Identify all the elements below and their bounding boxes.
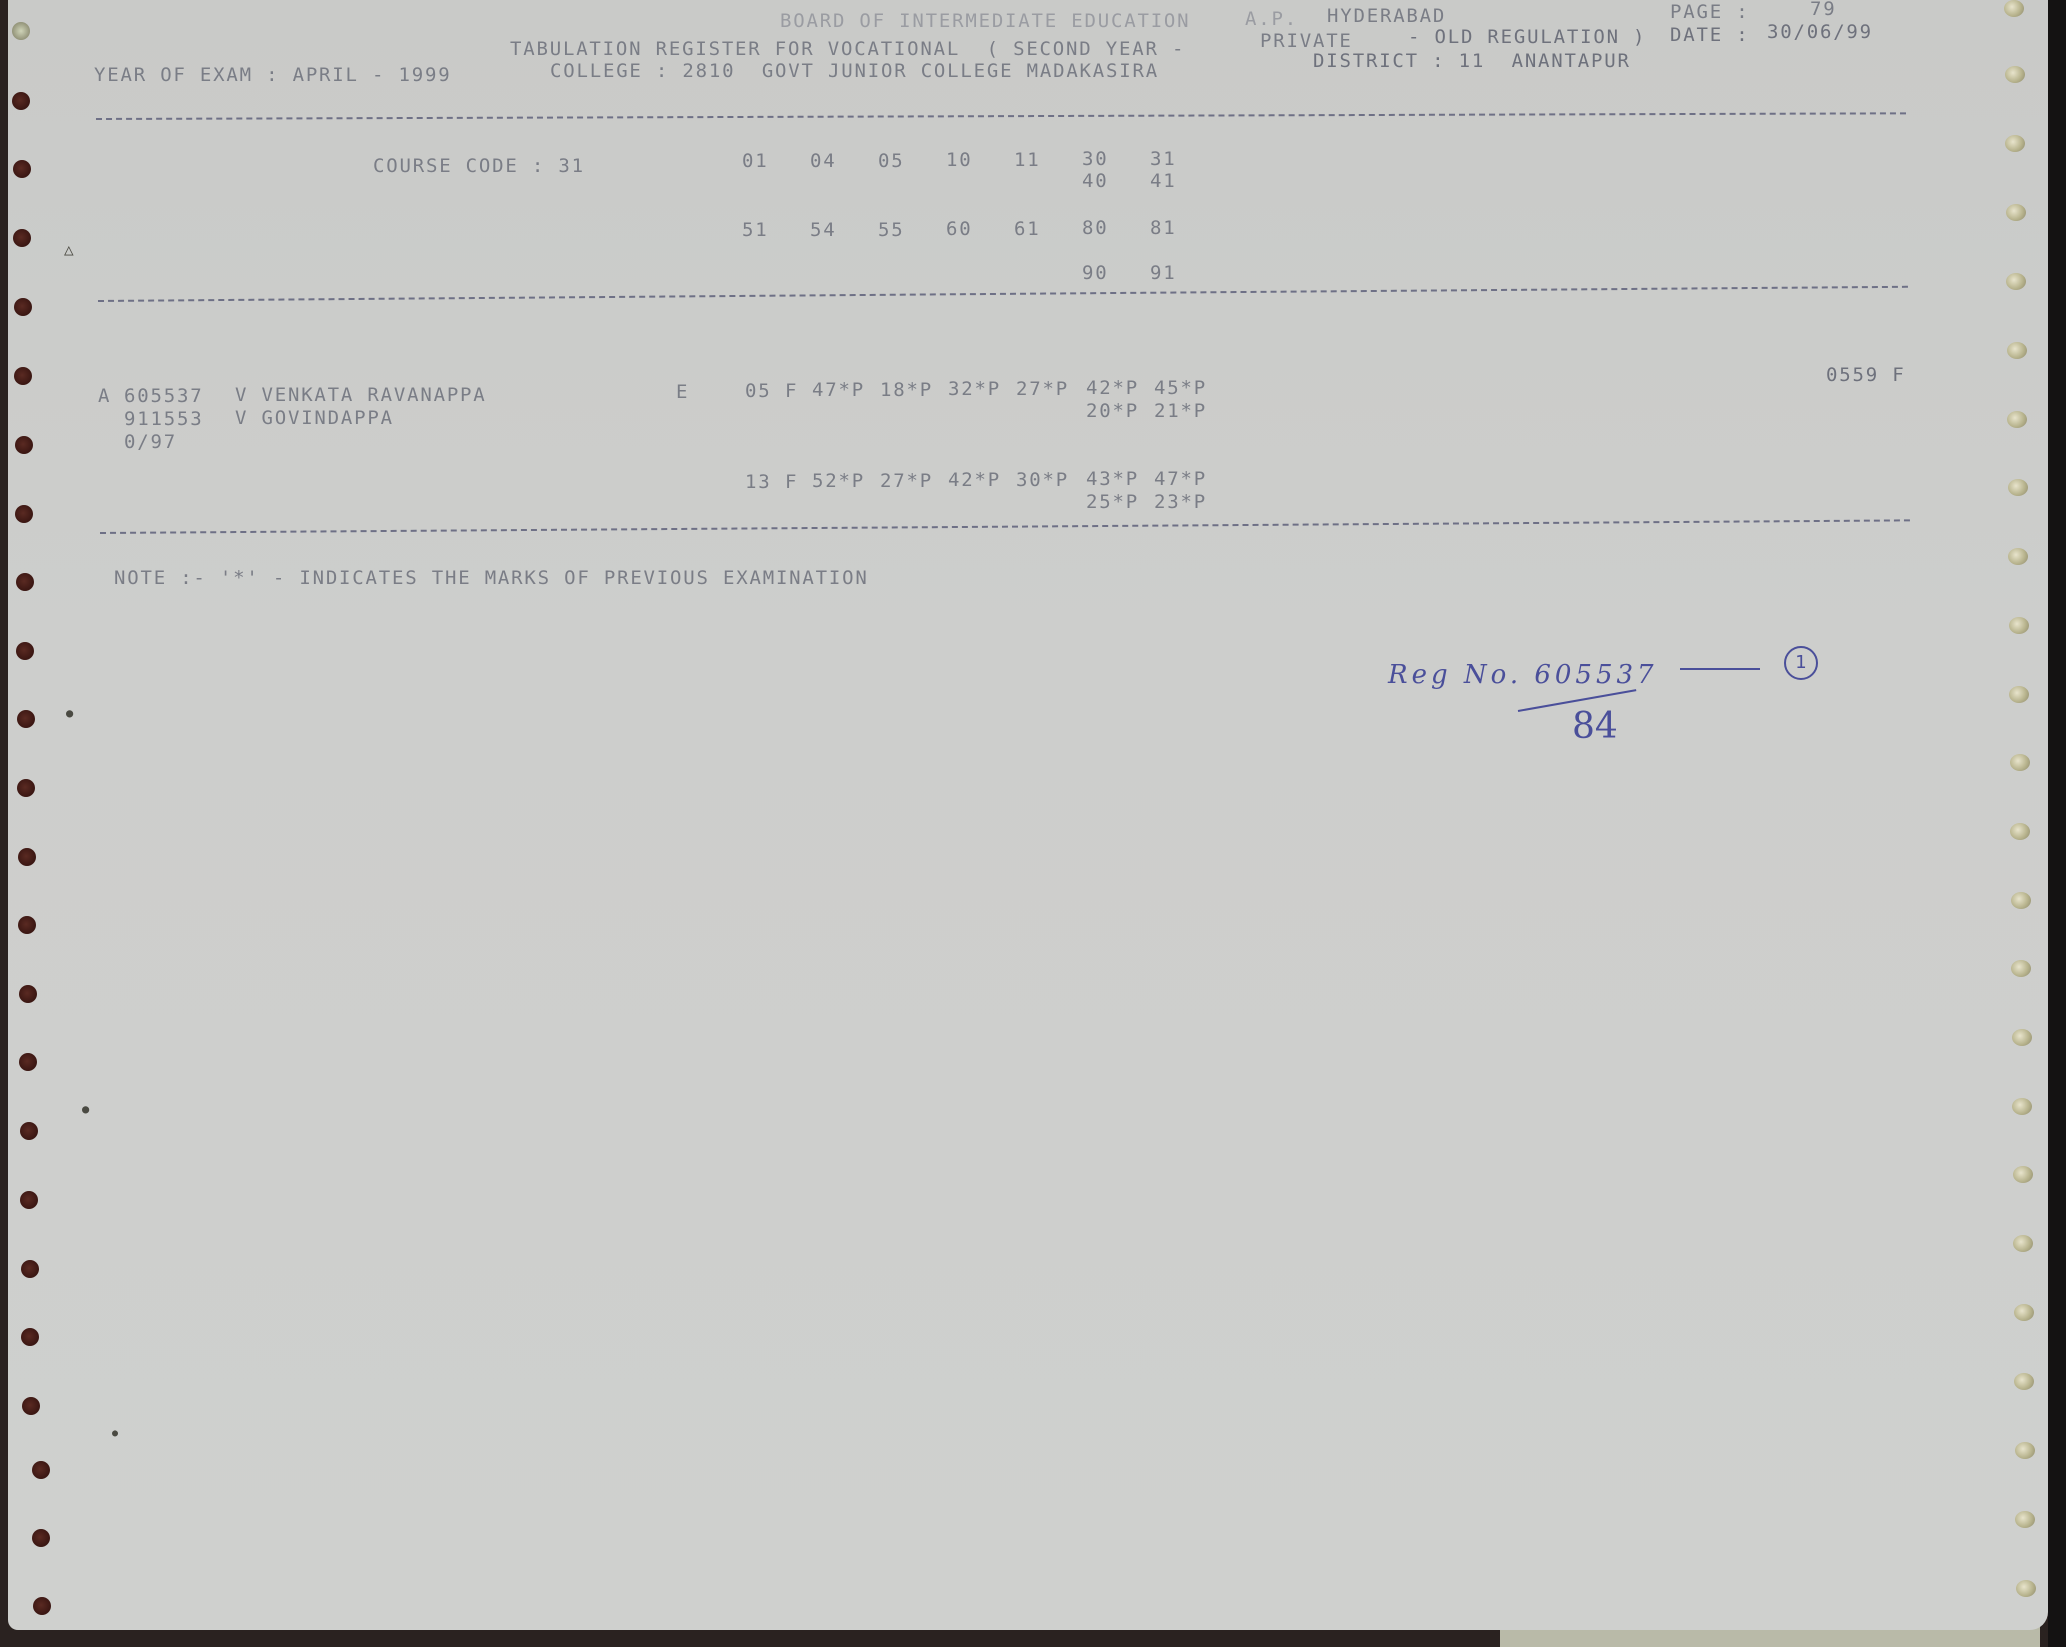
subject-code: 91 xyxy=(1150,262,1176,284)
subject-code: 81 xyxy=(1150,217,1176,239)
feed-hole xyxy=(33,1597,51,1615)
college-name: COLLEGE : 2810 GOVT JUNIOR COLLEGE MADAK… xyxy=(550,60,1159,82)
feed-hole xyxy=(2008,548,2028,565)
feed-hole xyxy=(17,710,35,728)
feed-hole xyxy=(16,642,34,660)
page-number: 79 xyxy=(1810,0,1836,20)
subject-code: 41 xyxy=(1150,170,1176,192)
feed-hole xyxy=(2013,1166,2033,1183)
subject-mark: 47*P xyxy=(1154,468,1207,490)
regulation: - OLD REGULATION ) xyxy=(1408,26,1646,48)
feed-hole xyxy=(15,436,33,454)
old-reg-no: 911553 xyxy=(124,408,203,430)
subject-code: 51 xyxy=(742,219,768,241)
handwritten-count: 84 xyxy=(1572,706,1618,747)
background-edge xyxy=(2048,0,2066,1647)
subject-mark: 32*P xyxy=(948,378,1001,400)
feed-hole xyxy=(20,1191,38,1209)
feed-hole xyxy=(2009,686,2029,703)
board-name: BOARD OF INTERMEDIATE EDUCATION xyxy=(780,10,1190,32)
previous-exam: 0/97 xyxy=(124,431,177,453)
subject-code: 31 xyxy=(1150,148,1176,170)
feed-hole xyxy=(2008,479,2028,496)
feed-hole xyxy=(21,1328,39,1346)
feed-hole xyxy=(2004,0,2024,17)
exam-code: 13 xyxy=(745,471,771,493)
feed-hole xyxy=(19,985,37,1003)
subject-mark: 27*P xyxy=(1016,378,1069,400)
subject-mark: 42*P xyxy=(1086,377,1139,399)
subject-mark: 18*P xyxy=(880,379,933,401)
state-name: A.P. xyxy=(1245,8,1298,30)
feed-hole xyxy=(2007,342,2027,359)
subject-code: 80 xyxy=(1082,217,1108,239)
feed-hole xyxy=(2009,617,2029,634)
subject-mark: 43*P xyxy=(1086,468,1139,490)
feed-hole xyxy=(19,1053,37,1071)
print-date: 30/06/99 xyxy=(1767,21,1873,43)
ink-speck: ● xyxy=(82,1102,89,1116)
candidate-category: PRIVATE xyxy=(1260,30,1353,52)
feed-hole xyxy=(2007,411,2027,428)
feed-hole xyxy=(2012,1098,2032,1115)
feed-hole xyxy=(2015,1511,2035,1528)
subject-mark: 27*P xyxy=(880,470,933,492)
date-label: DATE : xyxy=(1670,24,1749,46)
tabulation-register-sheet xyxy=(8,0,2048,1630)
ink-speck: △ xyxy=(64,240,74,259)
feed-hole xyxy=(13,229,31,247)
left-feed-holes xyxy=(8,0,48,1647)
handwritten-dash xyxy=(1680,668,1760,670)
subject-code: 60 xyxy=(946,218,972,240)
feed-hole xyxy=(2010,754,2030,771)
subject-mark: 21*P xyxy=(1154,400,1207,422)
feed-hole xyxy=(32,1529,50,1547)
feed-hole xyxy=(12,22,30,40)
year-of-exam: YEAR OF EXAM : APRIL - 1999 xyxy=(94,64,451,86)
subject-mark: 25*P xyxy=(1086,491,1139,513)
exam-result: F xyxy=(785,380,798,402)
ink-speck: ● xyxy=(112,1428,118,1439)
feed-hole xyxy=(18,848,36,866)
total-and-result: 0559 F xyxy=(1826,364,1905,386)
feed-hole xyxy=(22,1397,40,1415)
feed-hole xyxy=(15,505,33,523)
exam-result: F xyxy=(785,471,798,493)
subject-mark: 20*P xyxy=(1086,400,1139,422)
subject-mark: 23*P xyxy=(1154,491,1207,513)
subject-code: 90 xyxy=(1082,262,1108,284)
subject-code: 30 xyxy=(1082,148,1108,170)
subject-code: 11 xyxy=(1014,149,1040,171)
register-title: TABULATION REGISTER FOR VOCATIONAL ( SEC… xyxy=(510,38,1185,60)
candidate-prefix: A xyxy=(98,385,111,407)
district-name: DISTRICT : 11 ANANTAPUR xyxy=(1313,50,1631,72)
circled-number: 1 xyxy=(1784,646,1818,680)
subject-code: 01 xyxy=(742,150,768,172)
feed-hole xyxy=(14,367,32,385)
feed-hole xyxy=(21,1260,39,1278)
feed-hole xyxy=(12,92,30,110)
page-label: PAGE : xyxy=(1670,1,1749,23)
feed-hole xyxy=(2006,204,2026,221)
feed-hole xyxy=(2011,892,2031,909)
feed-hole xyxy=(2010,823,2030,840)
father-name: V GOVINDAPPA xyxy=(235,407,394,429)
feed-hole xyxy=(2016,1580,2036,1597)
feed-hole xyxy=(2014,1304,2034,1321)
feed-hole xyxy=(2013,1235,2033,1252)
feed-hole xyxy=(2005,66,2025,83)
city-name: HYDERABAD xyxy=(1327,5,1446,27)
subject-code: 40 xyxy=(1082,170,1108,192)
subject-code: 04 xyxy=(810,150,836,172)
right-feed-holes xyxy=(2000,0,2040,1647)
medium: E xyxy=(676,381,689,403)
candidate-reg-no: 605537 xyxy=(124,385,203,407)
feed-hole xyxy=(2005,135,2025,152)
feed-hole xyxy=(17,779,35,797)
feed-hole xyxy=(2015,1442,2035,1459)
feed-hole xyxy=(2012,1029,2032,1046)
feed-hole xyxy=(2006,273,2026,290)
subject-code: 61 xyxy=(1014,218,1040,240)
subject-mark: 30*P xyxy=(1016,469,1069,491)
feed-hole xyxy=(14,298,32,316)
feed-hole xyxy=(2011,960,2031,977)
handwritten-reg-no: Reg No. 605537 xyxy=(1388,660,1658,690)
subject-mark: 52*P xyxy=(812,470,865,492)
candidate-name: V VENKATA RAVANAPPA xyxy=(235,384,487,406)
subject-mark: 45*P xyxy=(1154,377,1207,399)
subject-code: 55 xyxy=(878,219,904,241)
feed-hole xyxy=(16,573,34,591)
subject-mark: 47*P xyxy=(812,379,865,401)
footnote: NOTE :- '*' - INDICATES THE MARKS OF PRE… xyxy=(114,567,869,589)
feed-hole xyxy=(13,160,31,178)
subject-code: 05 xyxy=(878,150,904,172)
exam-code: 05 xyxy=(745,380,771,402)
subject-code: 54 xyxy=(810,219,836,241)
course-code: COURSE CODE : 31 xyxy=(373,155,585,177)
feed-hole xyxy=(20,1122,38,1140)
ink-speck: ● xyxy=(66,706,73,720)
subject-code: 10 xyxy=(946,149,972,171)
feed-hole xyxy=(32,1461,50,1479)
feed-hole xyxy=(18,916,36,934)
feed-hole xyxy=(2014,1373,2034,1390)
subject-mark: 42*P xyxy=(948,469,1001,491)
